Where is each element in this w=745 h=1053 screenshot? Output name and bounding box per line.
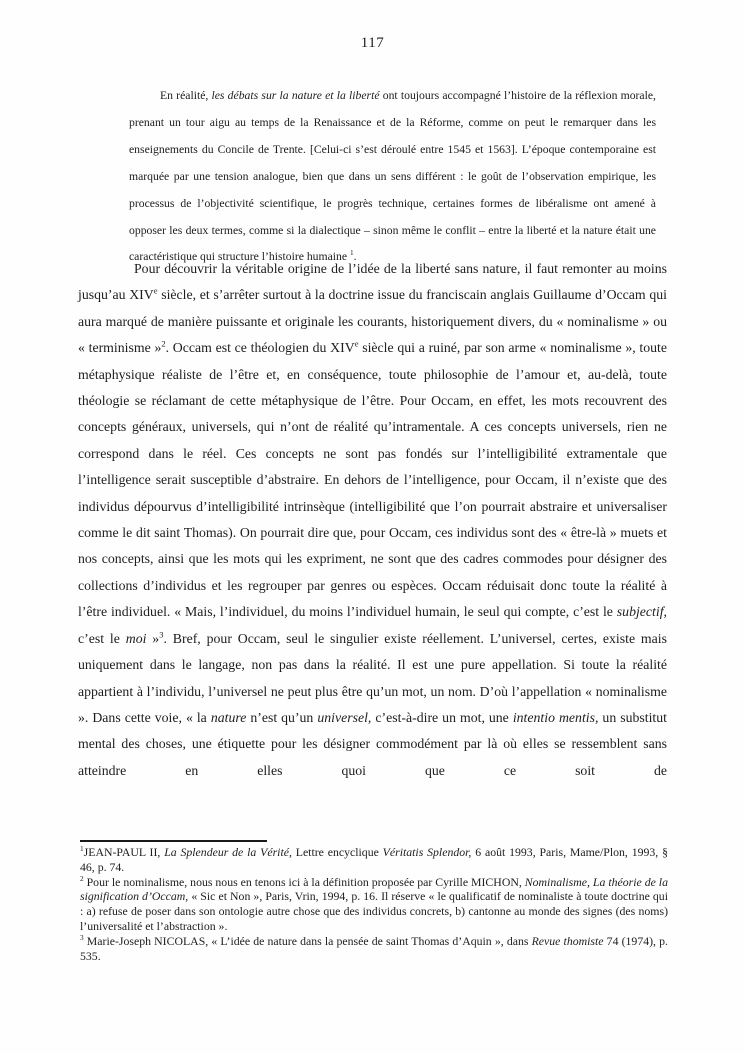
footnote-2-text: Pour le nominalisme, nous nous en tenons…: [80, 875, 668, 933]
footnote-1-text: JEAN-PAUL II, La Splendeur de la Vérité,…: [80, 845, 668, 874]
body-paragraph: Pour découvrir la véritable origine de l…: [78, 256, 667, 784]
page-number: 117: [0, 35, 745, 52]
footnote-3-text: Marie-Joseph NICOLAS, « L’idée de nature…: [80, 934, 668, 963]
block-quote: En réalité, les débats sur la nature et …: [129, 83, 656, 271]
footnotes-section: 1JEAN-PAUL II, La Splendeur de la Vérité…: [80, 845, 668, 963]
document-page: 117 En réalité, les débats sur la nature…: [0, 0, 745, 1053]
footnote-separator: [80, 840, 267, 842]
footnote-3: 3 Marie-Joseph NICOLAS, « L’idée de natu…: [80, 934, 668, 964]
footnote-1: 1JEAN-PAUL II, La Splendeur de la Vérité…: [80, 845, 668, 875]
footnote-2: 2 Pour le nominalisme, nous nous en teno…: [80, 875, 668, 934]
